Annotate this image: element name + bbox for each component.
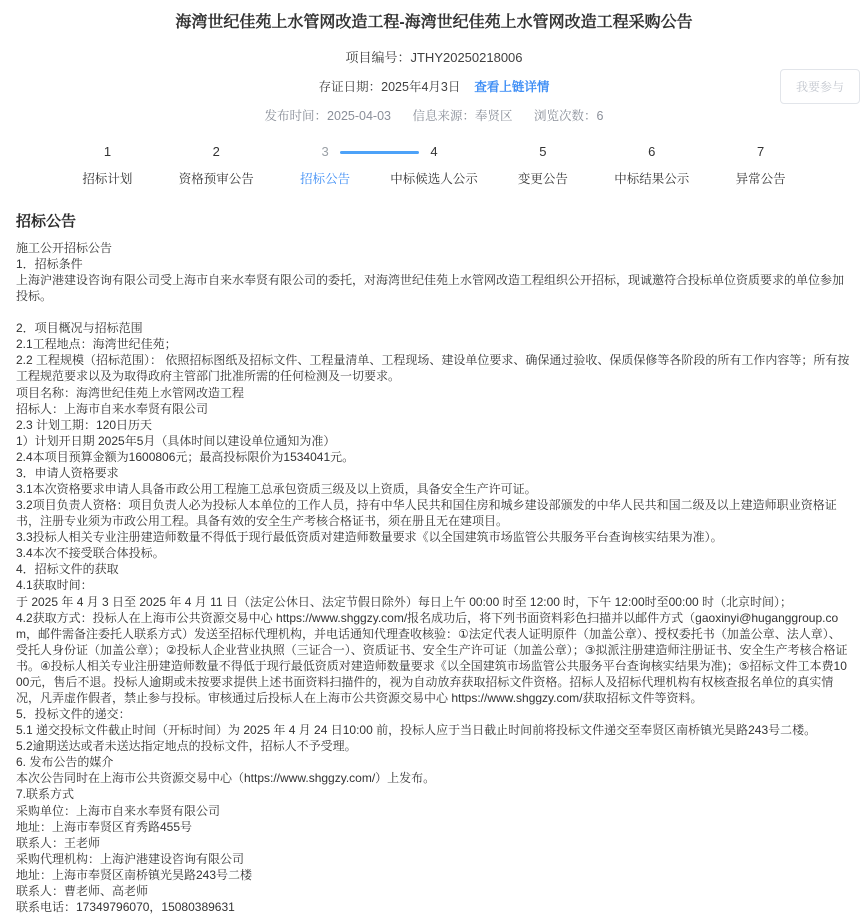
body-line: 联系电话：17349796070，15080389631 — [16, 899, 852, 915]
body-line: 5.2逾期送达或者未送达指定地点的投标文件，招标人不予受理。 — [16, 738, 852, 754]
publish-info-row: 发布时间：2025-04-03 信息来源：奉贤区 浏览次数：6 — [0, 106, 868, 124]
body-line: 2.3 计划工期：120日历天 — [16, 417, 852, 433]
body-line: 4.2获取方式：投标人在上海市公共资源交易中心 https://www.shgg… — [16, 610, 852, 706]
project-number-value: JTHY20250218006 — [410, 50, 522, 65]
body-line: 于 2025 年 4 月 3 日至 2025 年 4 月 11 日（法定公休日、… — [16, 594, 852, 610]
body-line: 3.2项目负责人资格：项目负责人必为投标人本单位的工作人员，持有中华人民共和国住… — [16, 497, 852, 529]
body-line: 7.联系方式 — [16, 786, 852, 802]
body-line: 本次公告同时在上海市公共资源交易中心（https://www.shggzy.co… — [16, 770, 852, 786]
step-label: 招标计划 — [53, 169, 162, 187]
body-line: 3.4本次不接受联合体投标。 — [16, 545, 852, 561]
body-line: 4.1获取时间： — [16, 577, 852, 593]
announcement-stepper: 1 招标计划 2 资格预审公告 3 招标公告 4 中标候选人公示 5 变更公告 … — [53, 144, 815, 187]
step-number: 5 — [488, 144, 597, 160]
body-line: 4．招标文件的获取 — [16, 561, 852, 577]
body-line: 1）计划开日期 2025年5月（具体时间以建设单位通知为准） — [16, 433, 852, 449]
step-tender-plan[interactable]: 1 招标计划 — [53, 144, 162, 187]
step-label: 招标公告 — [271, 169, 380, 187]
body-line: 项目名称：海湾世纪佳苑上水管网改造工程 — [16, 385, 852, 401]
step-number: 7 — [706, 144, 815, 160]
step-label: 变更公告 — [488, 169, 597, 187]
body-line: 5．投标文件的递交： — [16, 706, 852, 722]
body-line: 1．招标条件 — [16, 256, 852, 272]
step-winning-result-publicity[interactable]: 6 中标结果公示 — [597, 144, 706, 187]
body-line: 6. 发布公告的媒介 — [16, 754, 852, 770]
step-abnormal-notice[interactable]: 7 异常公告 — [706, 144, 815, 187]
cert-date-row: 存证日期：2025年4月3日查看上链详情 — [0, 77, 868, 95]
body-line — [16, 304, 852, 320]
body-line: 上海沪港建设咨询有限公司受上海市自来水奉贤有限公司的委托，对海湾世纪佳苑上水管网… — [16, 272, 852, 304]
body-line: 3.1本次资格要求申请人具备市政公用工程施工总承包资质三级及以上资质，具备安全生… — [16, 481, 852, 497]
step-change-notice[interactable]: 5 变更公告 — [488, 144, 597, 187]
active-step-connector-line — [340, 151, 419, 154]
body-line: 联系人：曹老师、高老师 — [16, 883, 852, 899]
cert-date-value: 2025年4月3日 — [381, 80, 460, 94]
body-line: 2．项目概况与招标范围 — [16, 320, 852, 336]
step-number: 1 — [53, 144, 162, 160]
view-count: 浏览次数：6 — [534, 109, 603, 123]
step-label: 资格预审公告 — [162, 169, 271, 187]
announcement-header: 海湾世纪佳苑上水管网改造工程-海湾世纪佳苑上水管网改造工程采购公告 项目编号：J… — [0, 0, 868, 124]
step-label: 中标候选人公示 — [380, 169, 489, 187]
body-line: 5.1 递交投标文件截止时间（开标时间）为 2025 年 4 月 24 日10:… — [16, 722, 852, 738]
step-label: 中标结果公示 — [597, 169, 706, 187]
body-line: 2.2 工程规模（招标范围）： 依照招标图纸及招标文件、工程量清单、工程现场、建… — [16, 352, 852, 384]
body-line: 招标人：上海市自来水奉贤有限公司 — [16, 401, 852, 417]
body-line: 3．申请人资格要求 — [16, 465, 852, 481]
step-label: 异常公告 — [706, 169, 815, 187]
body-line: 2.1工程地点：海湾世纪佳苑； — [16, 336, 852, 352]
body-line: 采购单位：上海市自来水奉贤有限公司 — [16, 803, 852, 819]
cert-date-label: 存证日期： — [319, 80, 382, 94]
publish-time: 发布时间：2025-04-03 — [265, 109, 391, 123]
body-line: 联系人：王老师 — [16, 835, 852, 851]
body-line: 2.4本项目预算金额为1600806元；最高投标限价为1534041元。 — [16, 449, 852, 465]
page-title: 海湾世纪佳苑上水管网改造工程-海湾世纪佳苑上水管网改造工程采购公告 — [30, 13, 838, 34]
view-chain-details-link[interactable]: 查看上链详情 — [474, 80, 549, 94]
body-line: 采购代理机构：上海沪港建设咨询有限公司 — [16, 851, 852, 867]
step-number: 6 — [597, 144, 706, 160]
step-prequalification-notice[interactable]: 2 资格预审公告 — [162, 144, 271, 187]
body-line: 地址：上海市奉贤区南桥镇光昊路243号二楼 — [16, 867, 852, 883]
project-number-row: 项目编号：JTHY20250218006 — [0, 47, 868, 66]
body-line: 3.3投标人相关专业注册建造师数量不得低于现行最低资质对建造师数量要求《以全国建… — [16, 529, 852, 545]
body-line: 地址：上海市奉贤区育秀路455号 — [16, 819, 852, 835]
step-number: 2 — [162, 144, 271, 160]
body-line: 施工公开招标公告 — [16, 240, 852, 256]
participate-button[interactable]: 我要参与 — [780, 69, 860, 104]
section-heading: 招标公告 — [16, 210, 852, 231]
project-number-label: 项目编号： — [345, 50, 410, 65]
info-source: 信息来源：奉贤区 — [412, 109, 512, 123]
announcement-body: 施工公开招标公告1．招标条件上海沪港建设咨询有限公司受上海市自来水奉贤有限公司的… — [16, 240, 852, 915]
announcement-section: 招标公告 施工公开招标公告1．招标条件上海沪港建设咨询有限公司受上海市自来水奉贤… — [0, 210, 868, 923]
